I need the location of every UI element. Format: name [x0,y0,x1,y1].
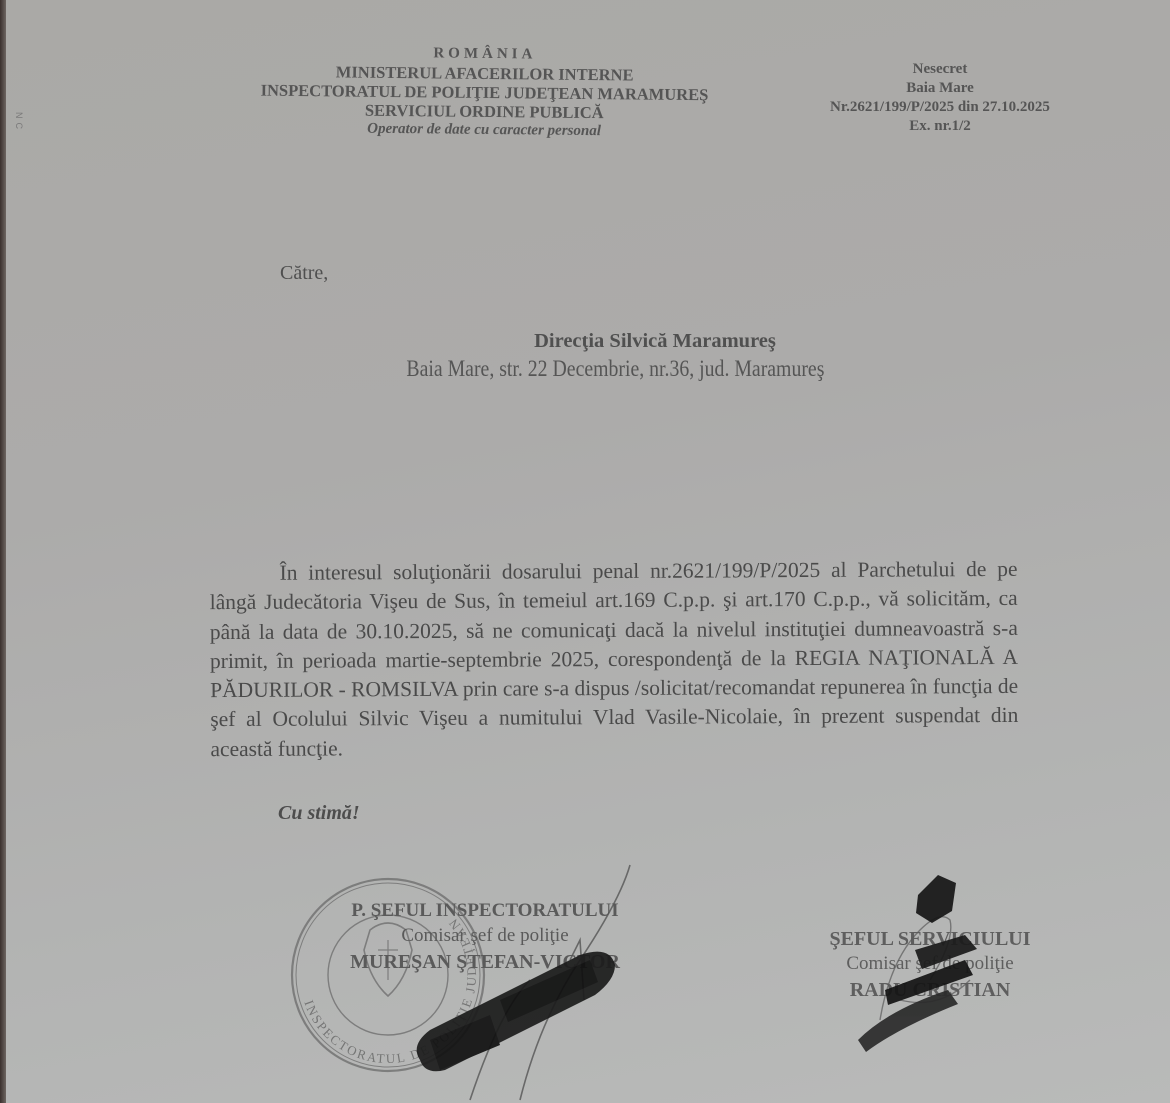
letter-body: În interesul soluţionării dosarului pena… [209,555,1018,764]
signatory-title: ŞEFUL SERVICIULUI [790,926,1070,952]
copy-number: Ex. nr.1/2 [790,117,1090,136]
body-paragraph: În interesul soluţionării dosarului pena… [209,555,1018,764]
recipient-name: Direcţia Silvică Maramureş [370,330,940,353]
classification-city: Baia Mare [790,79,1090,98]
signatory-name: MUREŞAN ŞTEFAN-VICTOR [300,948,670,976]
signatory-rank: Comisar şef de poliţie [790,952,1070,976]
letterhead: ROMÂNIA MINISTERUL AFACERILOR INTERNE IN… [204,42,765,143]
signature-block-service-chief: ŞEFUL SERVICIULUI Comisar şef de poliţie… [790,926,1070,1004]
signature-block-inspectorate-chief: P. ŞEFUL INSPECTORATULUI Comisar şef de … [300,898,670,976]
page-edge-shadow [0,0,6,1103]
closing-salutation: Cu stimă! [278,802,360,825]
recipient-address: Baia Mare, str. 22 Decembrie, nr.36, jud… [366,356,865,382]
classification-block: Nesecret Baia Mare Nr.2621/199/P/2025 di… [790,60,1090,136]
signatory-title: P. ŞEFUL INSPECTORATULUI [300,898,670,924]
registration-number: Nr.2621/199/P/2025 din 27.10.2025 [790,98,1090,117]
signatory-name: RADU CRISTIAN [790,976,1070,1004]
margin-mark: NC [12,112,24,133]
classification-level: Nesecret [790,60,1090,79]
recipient-label: Către, [280,262,328,285]
signatory-rank: Comisar şef de poliţie [300,924,670,948]
